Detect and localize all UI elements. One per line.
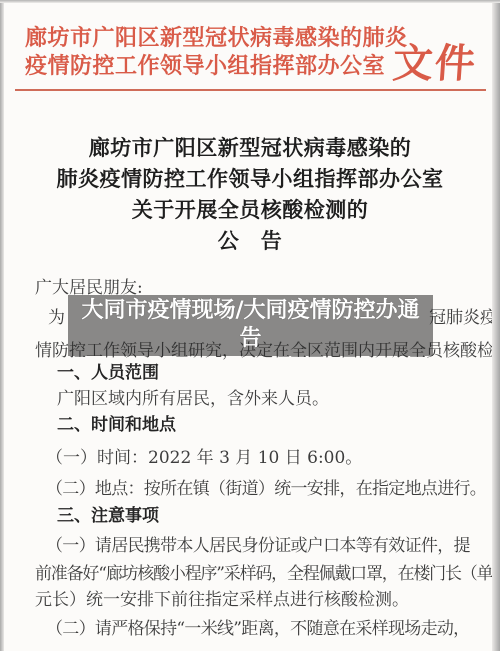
title-line-2: 肺炎疫情防控工作领导小组指挥部办公室 [0, 163, 500, 194]
caption-overlay-text: 大同市疫情现场/大同疫情防控办通告 [68, 295, 433, 353]
section-3-item-1-line-2: 前准备好“廊坊核酸小程序”采样码，全程佩戴口罩，在楼门长（单 [35, 559, 492, 584]
section-2-heading: 二、时间和地点 [57, 410, 176, 435]
scan-edge-right [492, 0, 500, 651]
letterhead-divider [15, 89, 486, 91]
section-2-item-1: （一）时间：2022 年 3 月 10 日 6:00。 [46, 443, 362, 468]
title-line-4: 公 告 [0, 225, 500, 256]
section-3-item-1-line-1: （一）请居民携带本人居民身份证或户口本等有效证件，提 [46, 531, 470, 556]
title-line-3: 关于开展全员核酸检测的 [0, 194, 500, 225]
section-1-heading: 一、人员范围 [57, 358, 159, 383]
document-title: 廊坊市广阳区新型冠状病毒感染的 肺炎疫情防控工作领导小组指挥部办公室 关于开展全… [0, 132, 500, 256]
title-line-1: 廊坊市广阳区新型冠状病毒感染的 [0, 132, 500, 163]
section-3-item-1-line-3: 元长）统一安排下前往指定采样点进行核酸检测。 [35, 585, 409, 610]
section-3-item-2-line-1: （二）请严格保持“一米线”距离，不随意在采样现场走动， [46, 614, 469, 639]
section-1-text: 广阳区域内所有居民，含外来人员。 [57, 384, 329, 409]
paragraph-1-visible-start: 为 [48, 303, 65, 328]
scan-edge-left [0, 0, 4, 651]
section-3-heading: 三、注意事项 [57, 501, 159, 526]
section-2-item-2: （二）地点：按所在镇（街道）统一安排，在指定地点进行。 [46, 474, 486, 499]
caption-overlay: 大同市疫情现场/大同疫情防控办通告 [68, 295, 433, 356]
document-mark: 文件 [391, 32, 479, 89]
letterhead: 廊坊市广阳区新型冠状病毒感染的肺炎 疫情防控工作领导小组指挥部办公室 文件 [25, 24, 485, 80]
paragraph-1-visible-end: 冠肺炎疫 [429, 303, 497, 328]
scan-edge-top [0, 0, 500, 3]
scanned-notice-page: 廊坊市广阳区新型冠状病毒感染的肺炎 疫情防控工作领导小组指挥部办公室 文件 廊坊… [0, 0, 500, 651]
